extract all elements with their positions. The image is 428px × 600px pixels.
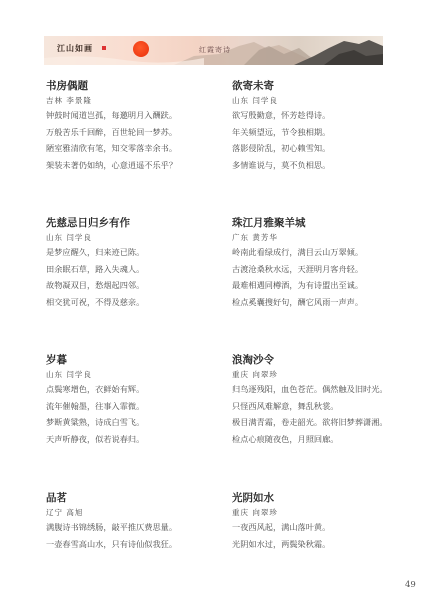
poem-line: 满腹诗书锦绣肠，敲平推仄费思量。: [46, 519, 226, 536]
poem-line: 天声听静夜，似若说春归。: [46, 431, 226, 448]
poem-line: 检点心痕随夜色，月照回廊。: [232, 431, 412, 448]
poem-block: 珠江月雅聚羊城 广东 黄芳华 岭南此看绿成行，满目云山万翠倾。 古渡沧桑秋水远，…: [232, 215, 412, 310]
poem-title: 书房偶题: [46, 78, 226, 94]
poem-author: 山东 闫学良: [232, 94, 412, 107]
poem-line: 故物凝双目，愁烟起四邻。: [46, 277, 226, 294]
poem-title: 先慈忌日归乡有作: [46, 215, 226, 231]
poem-line: 是梦应醒久，归来迹已陈。: [46, 244, 226, 261]
poem-line: 陋室雅清欣有笔，知交零落幸余书。: [46, 140, 226, 157]
poem-line: 一壶春雪高山水，只有诗仙似我狂。: [46, 536, 226, 553]
poem-line: 流年催翰墨，往事入霏微。: [46, 398, 226, 415]
poem-line: 万般苦乐千回醉，百世轮回一梦苏。: [46, 124, 226, 141]
page-number: 49: [405, 580, 416, 590]
poem-line: 光阴如水过，两鬓染秋霜。: [232, 536, 412, 553]
poem-line: 欲写殷勤意，怀芳趁得诗。: [232, 107, 412, 124]
poem-author: 吉林 李景隆: [46, 94, 226, 107]
poem-title: 欲寄未寄: [232, 78, 412, 94]
poem-author: 重庆 向翠珍: [232, 506, 412, 519]
poem-line: 年关频望远，节令独相期。: [232, 124, 412, 141]
poem-line: 极目满青霜，卷走韶光。欲将旧梦葬潇湘。: [232, 414, 412, 431]
poem-author: 山东 闫学良: [46, 231, 226, 244]
poem-line: 检点奚囊搜好句，酬它风雨一声声。: [232, 294, 412, 311]
banner-logo-text: 江山如画: [57, 43, 93, 54]
poem-block: 书房偶题 吉林 李景隆 钟鼓时闻道岂孤，每邀明月入酬趺。 万般苦乐千回醉，百世轮…: [46, 78, 226, 173]
poem-line: 相交犹可祝，不得及慈亲。: [46, 294, 226, 311]
sun-icon: [133, 41, 149, 57]
poem-title: 浪淘沙令: [232, 352, 412, 368]
poem-line: 落影侵阶乱，初心赖雪知。: [232, 140, 412, 157]
poem-line: 古渡沧桑秋水远，天涯明月客舟轻。: [232, 261, 412, 278]
poem-title: 光阴如水: [232, 490, 412, 506]
banner-subtitle: 红霞寄诗: [199, 45, 231, 55]
poem-author: 辽宁 高旭: [46, 506, 226, 519]
poem-title: 珠江月雅聚羊城: [232, 215, 412, 231]
poem-line: 只怪西风难解意，舞乱秋裳。: [232, 398, 412, 415]
poem-line: 架装未著仍如纳，心意逍遥不乐乎？: [46, 157, 226, 174]
header-banner: 江山如画 红霞寄诗: [44, 36, 383, 65]
poem-line: 梦断黄粱熟，诗成白雪飞。: [46, 414, 226, 431]
red-seal-icon: [102, 46, 106, 50]
poem-line: 岭南此看绿成行，满目云山万翠倾。: [232, 244, 412, 261]
poem-line: 田余眠石草，路入失魂人。: [46, 261, 226, 278]
poem-line: 点鬓寒增色，衣鲜始有辉。: [46, 381, 226, 398]
poem-block: 先慈忌日归乡有作 山东 闫学良 是梦应醒久，归来迹已陈。 田余眠石草，路入失魂人…: [46, 215, 226, 310]
poem-author: 山东 闫学良: [46, 368, 226, 381]
poem-author: 广东 黄芳华: [232, 231, 412, 244]
poem-title: 岁暮: [46, 352, 226, 368]
poem-line: 多情谁说与，莫不负相思。: [232, 157, 412, 174]
poem-title: 品茗: [46, 490, 226, 506]
poem-author: 重庆 向翠珍: [232, 368, 412, 381]
poem-block: 光阴如水 重庆 向翠珍 一夜西风起，满山落叶黄。 光阴如水过，两鬓染秋霜。: [232, 490, 412, 552]
poem-block: 浪淘沙令 重庆 向翠珍 归鸟逐残阳，血色苍茫。偶然触及旧时光。 只怪西风难解意，…: [232, 352, 412, 447]
poem-line: 归鸟逐残阳，血色苍茫。偶然触及旧时光。: [232, 381, 412, 398]
poem-line: 一夜西风起，满山落叶黄。: [232, 519, 412, 536]
poem-block: 岁暮 山东 闫学良 点鬓寒增色，衣鲜始有辉。 流年催翰墨，往事入霏微。 梦断黄粱…: [46, 352, 226, 447]
poem-block: 品茗 辽宁 高旭 满腹诗书锦绣肠，敲平推仄费思量。 一壶春雪高山水，只有诗仙似我…: [46, 490, 226, 552]
poem-line: 钟鼓时闻道岂孤，每邀明月入酬趺。: [46, 107, 226, 124]
poem-line: 最难相遇同樽酒，为有诗盟出至诚。: [232, 277, 412, 294]
poem-block: 欲寄未寄 山东 闫学良 欲写殷勤意，怀芳趁得诗。 年关频望远，节令独相期。 落影…: [232, 78, 412, 173]
